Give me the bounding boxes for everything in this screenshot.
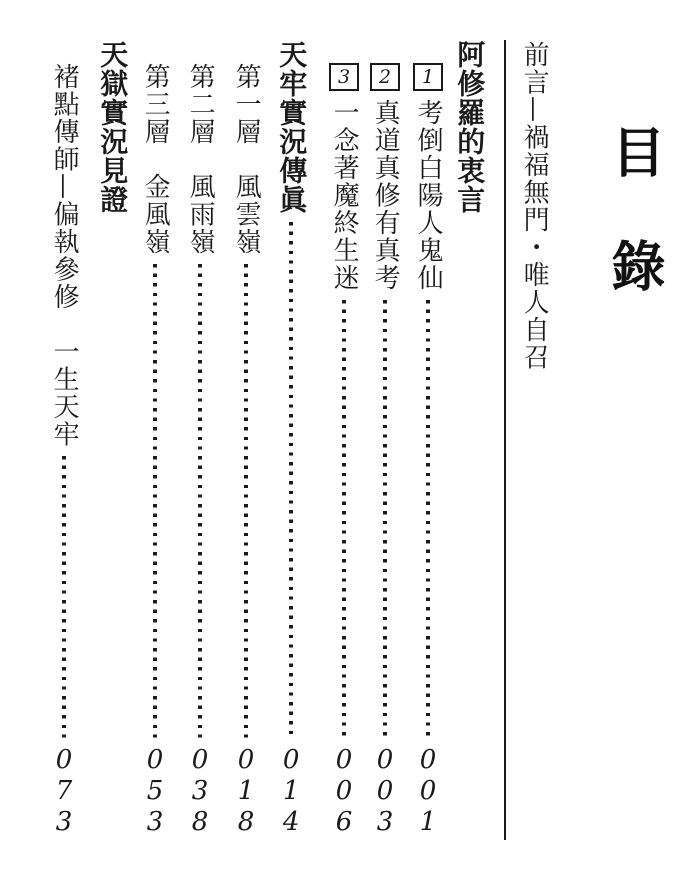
dot-leader xyxy=(198,264,202,739)
entry-title: 前言—禍福無門・唯人自召 xyxy=(520,41,548,371)
section-header: 天牢實況傳眞 014 xyxy=(276,40,306,838)
entry-title: 褚點傳師—偏執參修 一生天牢 xyxy=(50,63,78,448)
section-title: 天獄實況見證 xyxy=(97,40,127,214)
dot-leader xyxy=(289,222,293,738)
page-number: 006 xyxy=(330,745,358,838)
entry-number-box: 3 xyxy=(329,63,359,91)
entry-title-text: 真道真修有真考 xyxy=(370,99,400,292)
toc-entry: 3一念著魔終生迷 006 xyxy=(330,63,358,838)
section-title: 天牢實況傳眞 xyxy=(276,40,306,214)
toc-entry: 2真道真修有真考 003 xyxy=(371,63,399,838)
page-number: 003 xyxy=(371,745,399,838)
dot-leader xyxy=(62,456,66,738)
dot-leader xyxy=(244,264,248,739)
section-title: 阿修羅的衷言 xyxy=(454,40,484,214)
entry-title: 3一念著魔終生迷 xyxy=(330,63,358,292)
dot-leader xyxy=(153,264,157,739)
page-number: 053 xyxy=(141,745,169,838)
page-number: 014 xyxy=(277,745,305,838)
entry-title-text: 考倒白陽人鬼仙 xyxy=(413,99,443,292)
page-title: 目錄 xyxy=(608,124,662,352)
dot-leader xyxy=(342,300,346,739)
entry-title: 1考倒白陽人鬼仙 xyxy=(414,63,442,292)
preface-entry: 前言—禍福無門・唯人自召 xyxy=(520,41,548,371)
vertical-divider-rule xyxy=(504,40,506,840)
page-number: 018 xyxy=(232,745,260,838)
toc-entry: 第二層 風雨嶺 038 xyxy=(186,63,214,838)
section-header: 阿修羅的衷言 xyxy=(454,40,484,214)
entry-title-text: 一念著魔終生迷 xyxy=(329,99,359,292)
entry-title: 第一層 風雲嶺 xyxy=(232,63,260,256)
toc-entry: 第三層 金風嶺 053 xyxy=(141,63,169,838)
entry-number-box: 1 xyxy=(413,63,443,91)
toc-entry: 1考倒白陽人鬼仙 001 xyxy=(414,63,442,838)
entry-title: 第三層 金風嶺 xyxy=(141,63,169,256)
toc-entry: 第一層 風雲嶺 018 xyxy=(232,63,260,838)
toc-page: 目錄 前言—禍福無門・唯人自召 阿修羅的衷言 1考倒白陽人鬼仙 001 2真道真… xyxy=(0,0,700,875)
dot-leader xyxy=(426,300,430,739)
entry-title: 2真道真修有真考 xyxy=(371,63,399,292)
page-number: 038 xyxy=(186,745,214,838)
page-number: 073 xyxy=(50,745,78,838)
toc-entry: 褚點傳師—偏執參修 一生天牢 073 xyxy=(50,63,78,838)
section-header: 天獄實況見證 xyxy=(97,40,127,214)
dot-leader xyxy=(383,300,387,739)
entry-number-box: 2 xyxy=(370,63,400,91)
entry-title: 第二層 風雨嶺 xyxy=(186,63,214,256)
page-number: 001 xyxy=(414,745,442,838)
